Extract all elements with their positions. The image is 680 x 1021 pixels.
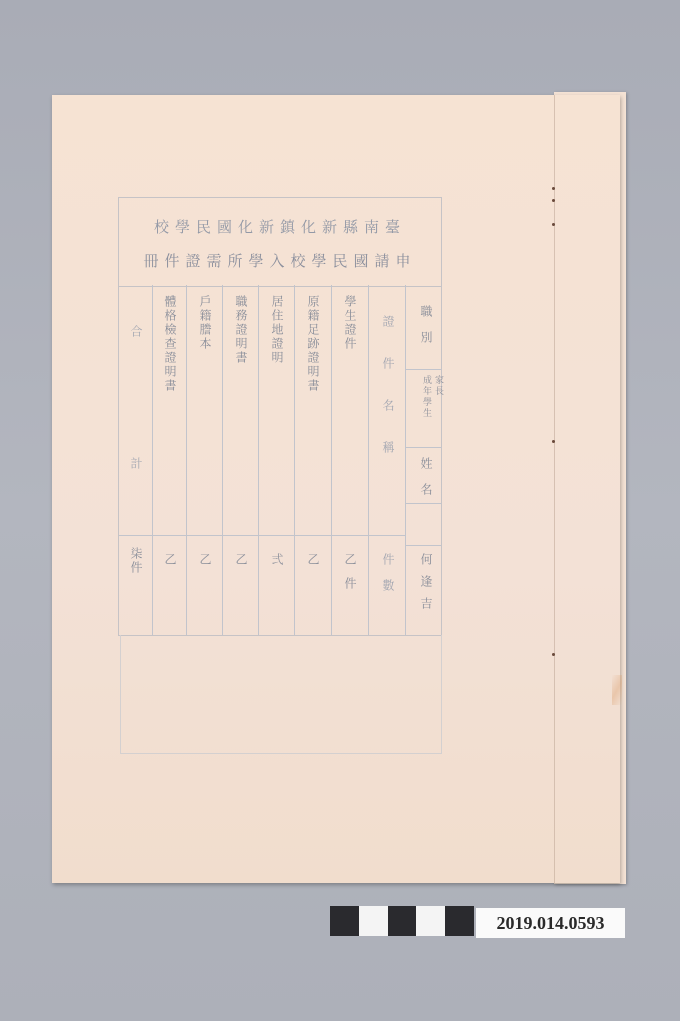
row-divider	[406, 447, 441, 448]
row-divider	[119, 535, 406, 536]
form-table: 臺南縣新化鎮新化國民學校 申請國民學校入學所需證件冊 職別 成年學生 家長	[118, 197, 440, 757]
occupation-label: 職別	[419, 305, 433, 357]
item-count: 乙	[163, 553, 177, 567]
name-label: 姓名	[419, 457, 433, 509]
item-name: 戶籍謄本	[198, 295, 212, 351]
item-count: 乙	[198, 553, 212, 567]
occupation-sub-a: 成年學生	[421, 375, 431, 419]
binding-hole	[552, 199, 555, 202]
row-divider	[406, 545, 441, 546]
form-title: 申請國民學校入學所需證件冊	[119, 250, 441, 271]
total-value: 柒件	[129, 547, 143, 575]
item-count: 乙	[306, 553, 320, 567]
document-sheet: 臺南縣新化鎮新化國民學校 申請國民學校入學所需證件冊 職別 成年學生 家長	[52, 95, 620, 883]
item-name: 居住地證明	[270, 295, 284, 365]
item-count: 乙件	[343, 553, 357, 601]
paper-stain	[612, 675, 622, 705]
count-label: 件數	[381, 553, 395, 605]
school-title: 臺南縣新化鎮新化國民學校	[119, 216, 441, 237]
item-name: 職務證明書	[234, 295, 248, 365]
form-title-box: 臺南縣新化鎮新化國民學校 申請國民學校入學所需證件冊	[118, 197, 442, 287]
item-name: 原籍足跡證明書	[306, 295, 320, 393]
item-count: 弍	[270, 553, 284, 567]
doc-name-label: 證件名稱	[381, 315, 395, 483]
item-name: 學生證件	[343, 295, 357, 351]
scale-ruler	[330, 906, 474, 936]
binding-hole	[552, 440, 555, 443]
form-grid: 職別 成年學生 家長 姓名 何逢吉 證件名稱 件數 學生證件 乙件 原籍足跡證明…	[118, 285, 442, 636]
binding-hole	[552, 223, 555, 226]
binding-hole	[552, 187, 555, 190]
applicant-name: 何逢吉	[419, 553, 433, 619]
occupation-sub-b: 家長	[433, 375, 443, 397]
row-divider	[406, 369, 441, 370]
item-name: 體格檢查證明書	[163, 295, 177, 393]
item-count: 乙	[234, 553, 248, 567]
remarks-box	[120, 635, 442, 754]
binding-hole	[552, 653, 555, 656]
catalog-number-label: 2019.014.0593	[476, 908, 625, 938]
fold-line	[554, 95, 555, 883]
